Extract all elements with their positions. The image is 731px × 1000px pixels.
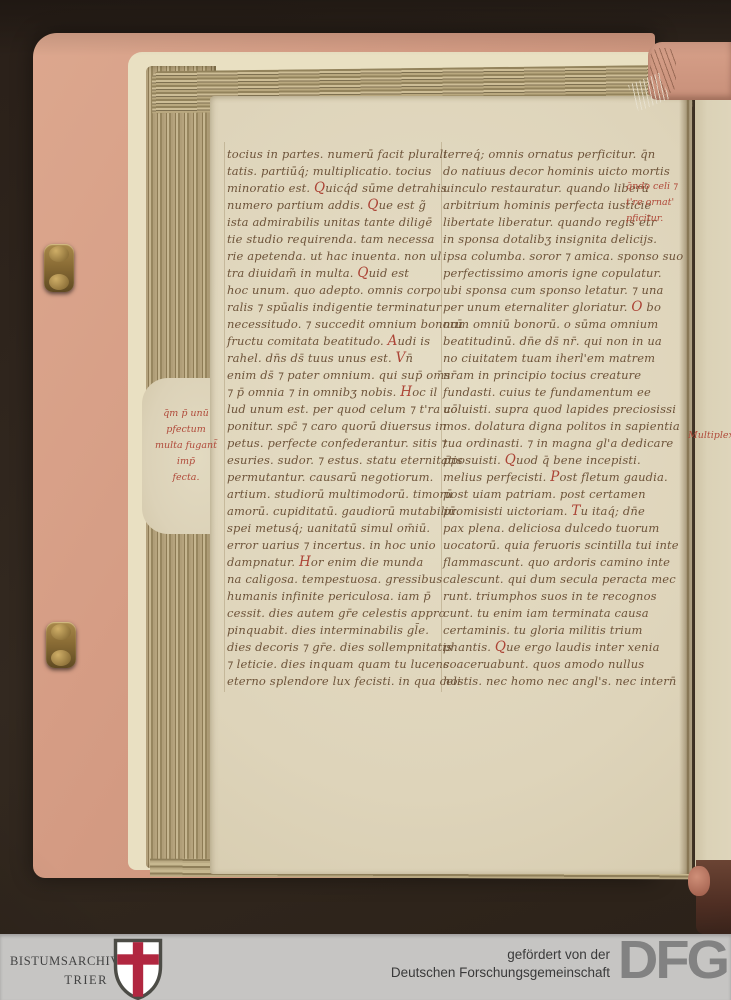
manuscript-line: artium. studiorū multimodorū. timorū [227,486,441,503]
manuscript-line: uocatorū. quia feruoris scintilla tui in… [443,537,643,554]
manuscript-line: spei metusq́; uanitatū simul om̄iū. [227,520,441,537]
manuscript-line: terreq́; omnis ornatus perficitur. q̄n [443,146,643,163]
manuscript-line: tie studio requirenda. tam necessa [227,231,441,248]
manuscript-line: num omniū bonorū. o sūma omnium [443,316,643,333]
manuscript-line: pax plena. deliciosa dulcedo tuorum [443,520,643,537]
archive-city: TRIER [10,973,108,988]
manuscript-line: rie apetenda. ut hac inuenta. non ul [227,248,441,265]
funding-credit: gefördert von der Deutschen Forschungsge… [330,946,610,982]
manuscript-line: calescunt. qui dum secula peracta mec [443,571,643,588]
manuscript-line: promisisti uictoriam. Tu itaq́; dn̄e [443,503,643,520]
manuscript-line: phantis. Que ergo laudis inter xenia [443,639,643,656]
manuscript-line: uoluisti. supra quod lapides preciosissi [443,401,643,418]
manuscript-line: cessit. dies autem gr̄e celestis appro [227,605,441,622]
manuscript-line: esuries. sudor. ⁊ estus. statu eternitat… [227,452,441,469]
margin-note-left-rubric: q̄m p̄ unū pfectummulta fugant̃ imp̄fect… [146,406,226,486]
manuscript-line: permutantur. causarū negotiorum. [227,469,441,486]
manuscript-line: perfectissimo amoris igne copulatur. [443,265,643,282]
manuscript-line: amorū. cupiditatū. gaudiorū mutabiliū. [227,503,441,520]
manuscript-line: enim ds̄ ⁊ pater omnium. qui sup̄ om̄s [227,367,441,384]
manuscript-line: dies decoris ⁊ gr̄e. dies sollempnitatis [227,639,441,656]
manuscript-line: tocius in partes. numerū facit plurali [227,146,441,163]
manuscript-line: nr̄am in principio tocius creature [443,367,643,384]
manuscript-line: runt. triumphos suos in te recognos [443,588,643,605]
manuscript-line: mos. dolatura digna politos in sapientia [443,418,643,435]
manuscript-line: per unum eternaliter gloriatur. O bo [443,299,643,316]
manuscript-line: ipsa columba. soror ⁊ amica. sponso suo [443,248,643,265]
funding-line1: gefördert von der [330,946,610,964]
margin-note-line: t're ornat' [626,195,688,211]
manuscript-line: tua ordinasti. ⁊ in magna gl'a dedicare [443,435,643,452]
manuscript-line: ralis ⁊ spūalis indigentie terminatur [227,299,441,316]
manuscript-line: humanis infinite periculosa. iam p̄ [227,588,441,605]
manuscript-line: hostis. nec homo nec angl's. nec intern̄ [443,673,643,690]
manuscript-line: pinquabit. dies interminabilis gl̄e. [227,622,441,639]
archive-wordmark: BISTUMSARCHIV TRIER [10,954,108,988]
margin-note-line: q̄m p̄ unū pfectum [146,406,226,438]
manuscript-line: post uiam patriam. post certamen [443,486,643,503]
manuscript-line: melius perfecisti. Post fletum gaudia. [443,469,643,486]
manuscript-line: na caligosa. tempestuosa. gressibus [227,571,441,588]
manuscript-line: eterno splendore lux fecisti. in qua cel… [227,673,441,690]
trier-shield-icon [112,937,164,1000]
manuscript-line: uinculo restauratur. quando liberū [443,180,643,197]
margin-note-line: multa fugant̃ imp̄ [146,438,226,470]
brass-clasp-upper [44,244,74,292]
text-column-1: tocius in partes. numerū facit pluralita… [227,146,441,690]
manuscript-line: certaminis. tu gloria militis trium [443,622,643,639]
funding-line2: Deutschen Forschungsgemeinschaft [330,964,610,982]
manuscript-line: tatis. partiūq́; multiplicatio. tocius [227,163,441,180]
manuscript-line: cunt. tu enim iam terminata causa [443,605,643,622]
manuscript-line: coaceruabunt. quos amodo nullus [443,656,643,673]
dfg-logo: DFG [614,928,731,991]
manuscript-line: dampnatur. Hor enim die munda [227,554,441,571]
manuscript-line: fundasti. cuius te fundamentum ee [443,384,643,401]
manuscript-line: arbitrium hominis perfecta iusticie [443,197,643,214]
margin-note-line: fecta. [146,470,226,486]
margin-note-gutter-rubric: q̄ndo celi ⁊t're ornat'pficitur. [626,179,688,227]
manuscript-line: lud unum est. per quod celum ⁊ t'ra cō [227,401,441,418]
manuscript-line: rahel. dn̄s ds̄ tuus unus est. Vn̄ [227,350,441,367]
manuscript-line: necessitudo. ⁊ succedit omnium bonorū [227,316,441,333]
digitization-banner: BISTUMSARCHIV TRIER gefördert von der De… [0,934,731,1000]
archive-name: BISTUMSARCHIV [10,954,108,969]
manuscript-line: beatitudinū. dn̄e ds̄ nr̄. qui non in ua [443,333,643,350]
manuscript-line: tra diuidam̃ in multa. Quid est [227,265,441,282]
manuscript-line: ponitur. spc̄ ⁊ caro quorū diuersus in [227,418,441,435]
manuscript-line: ubi sponsa cum sponso letatur. ⁊ una [443,282,643,299]
manuscript-line: ista admirabilis unitas tante diligē [227,214,441,231]
manuscript-line: p̄posuisti. Quod q̄ bene incepisti. [443,452,643,469]
manuscript-line: fructu comitata beatitudo. Audi is [227,333,441,350]
margin-note-line: q̄ndo celi ⁊ [626,179,688,195]
manuscript-line: in sponsa dotalibʒ insignita delicijs. [443,231,643,248]
manuscript-line: petus. perfecte confederantur. sitis ⁊ [227,435,441,452]
manuscript-line: hoc unum. quo adepto. omnis corpo [227,282,441,299]
manuscript-line: flammascunt. quo ardoris camino inte [443,554,643,571]
margin-note-recto-rubric: Multiplex g [688,428,731,444]
manuscript-line: no ciuitatem tuam iherl'em matrem [443,350,643,367]
brass-clasp-lower [46,622,76,668]
manuscript-line: ⁊ leticie. dies inquam quam tu lucens [227,656,441,673]
manuscript-line: error uarius ⁊ incertus. in hoc unio [227,537,441,554]
text-column-2: terreq́; omnis ornatus perficitur. q̄ndo… [443,146,643,690]
manuscript-line: numero partium addis. Que est g̃ [227,197,441,214]
margin-note-line: pficitur. [626,211,688,227]
digitized-manuscript-photo: tocius in partes. numerū facit pluralita… [0,0,731,1000]
manuscript-line: ⁊ p̄ omnia ⁊ in omnibʒ nobis. Hoc il [227,384,441,401]
manuscript-line: do natiuus decor hominis uicto mortis [443,163,643,180]
manuscript-line: minoratio est. Quicq́d sūme detrahis [227,180,441,197]
manuscript-page-recto-sliver [695,95,731,874]
manuscript-line: libertate liberatur. quando regis et̄r [443,214,643,231]
endband-knot [688,866,710,896]
